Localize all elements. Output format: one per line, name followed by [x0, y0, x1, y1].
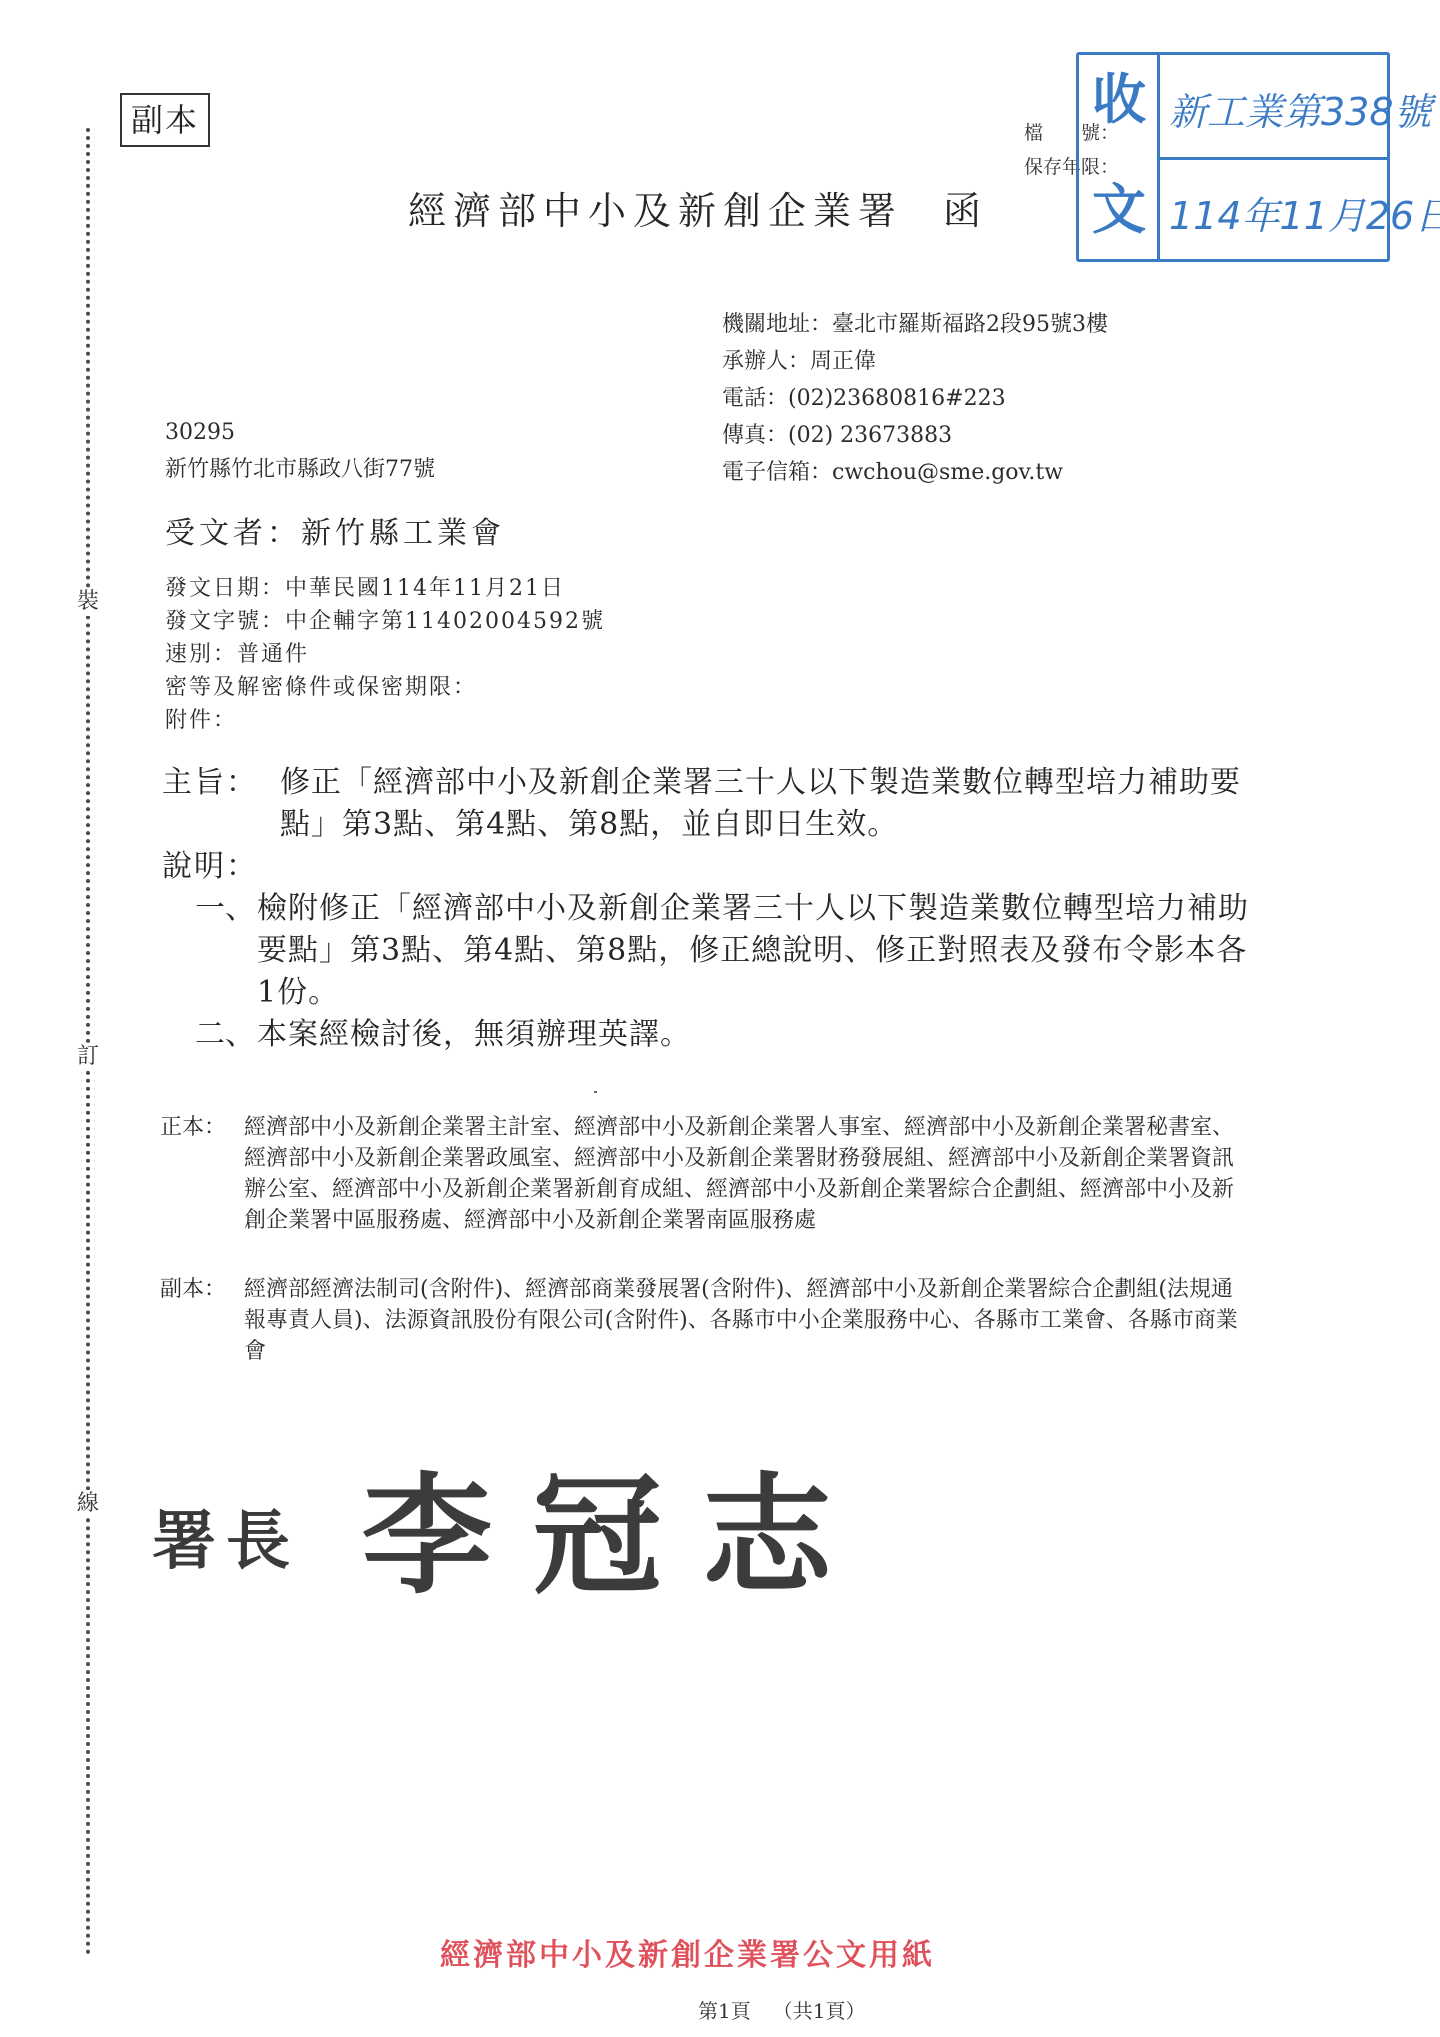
receipt-date: 114年11月26日 [1169, 185, 1384, 240]
receipt-stamp: 收 文 新工業第338號 114年11月26日 [1076, 52, 1390, 262]
signatory-title: 署長 [152, 1490, 300, 1582]
street-address: 新竹縣竹北市縣政八街77號 [165, 451, 435, 488]
original-label: 正本： [160, 1112, 244, 1143]
binding-dotted-line [86, 128, 90, 1956]
recipient: 受文者：新竹縣工業會 [165, 508, 505, 552]
distribution-copy: 副本： 經濟部經濟法制司(含附件)、經濟部商業發展署(含附件)、經濟部中小及新創… [160, 1274, 1270, 1367]
explanation-label: 說明： [162, 846, 258, 888]
stationery-mark: 經濟部中小及新創企業署公文用紙 [440, 1930, 935, 1974]
confidentiality: 密等及解密條件或保密期限： [165, 671, 605, 704]
subject: 主旨： 修正「經濟部中小及新創企業署三十人以下製造業數位轉型培力補助要點」第3點… [162, 762, 1282, 846]
explanation-item-text: 本案經檢討後，無須辦理英譯。 [257, 1014, 1257, 1056]
copy-recipients: 經濟部經濟法制司(含附件)、經濟部商業發展署(含附件)、經濟部中小及新創企業署綜… [244, 1274, 1254, 1367]
document-type: 函 [943, 189, 988, 233]
explanation-item: 一、 檢附修正「經濟部中小及新創企業署三十人以下製造業數位轉型培力補助要點」第3… [195, 888, 1295, 1014]
stamp-char-document: 文 [1085, 179, 1153, 239]
recipient-address: 30295 新竹縣竹北市縣政八街77號 [165, 414, 435, 488]
agency-contact: 機關地址：臺北市羅斯福路2段95號3樓 承辦人：周正偉 電話：(02)23680… [722, 306, 1108, 491]
attachments: 附件： [165, 704, 605, 737]
email: 電子信箱：cwchou@sme.gov.tw [722, 454, 1108, 491]
page-number: 第1頁 [698, 1999, 751, 2023]
agency-address: 機關地址：臺北市羅斯福路2段95號3樓 [722, 306, 1108, 343]
binding-char-xian: 線 [72, 1490, 104, 1518]
binding-char-ding: 訂 [72, 1043, 104, 1071]
page-total: （共1頁） [773, 1999, 866, 2023]
issue-meta: 發文日期：中華民國114年11月21日 發文字號：中企輔字第1140200459… [165, 572, 605, 737]
issue-number: 發文字號：中企輔字第11402004592號 [165, 605, 605, 638]
binding-char-zhuang: 裝 [72, 588, 104, 616]
copy-label-dist: 副本： [160, 1274, 244, 1305]
subject-label: 主旨： [162, 762, 280, 804]
stamp-divider-horizontal [1157, 157, 1387, 160]
issue-date: 發文日期：中華民國114年11月21日 [165, 572, 605, 605]
scan-speck [594, 1091, 597, 1093]
subject-text: 修正「經濟部中小及新創企業署三十人以下製造業數位轉型培力補助要點」第3點、第4點… [280, 762, 1280, 846]
explanation-item-text: 檢附修正「經濟部中小及新創企業署三十人以下製造業數位轉型培力補助要點」第3點、第… [257, 888, 1257, 1014]
distribution-original: 正本： 經濟部中小及新創企業署主計室、經濟部中小及新創企業署人事室、經濟部中小及… [160, 1112, 1270, 1236]
handler: 承辦人：周正偉 [722, 343, 1108, 380]
postal-code: 30295 [165, 414, 435, 451]
receipt-number: 新工業第338號 [1169, 81, 1384, 136]
stamp-char-receive: 收 [1085, 69, 1153, 129]
explanation-item: 二、 本案經檢討後，無須辦理英譯。 [195, 1014, 1295, 1056]
original-recipients: 經濟部中小及新創企業署主計室、經濟部中小及新創企業署人事室、經濟部中小及新創企業… [244, 1112, 1254, 1236]
speed-class: 速別：普通件 [165, 638, 605, 671]
copy-label: 副本 [120, 93, 210, 147]
page-indicator: 第1頁（共1頁） [698, 1995, 865, 2024]
signatory-name: 李冠志 [362, 1432, 872, 1619]
phone: 電話：(02)23680816#223 [722, 380, 1108, 417]
explanation-item-number: 二、 [195, 1014, 257, 1056]
fax: 傳真：(02) 23673883 [722, 417, 1108, 454]
explanation-item-number: 一、 [195, 888, 257, 930]
document-title: 經濟部中小及新創企業署函 [408, 180, 988, 235]
agency-name: 經濟部中小及新創企業署 [408, 189, 903, 233]
